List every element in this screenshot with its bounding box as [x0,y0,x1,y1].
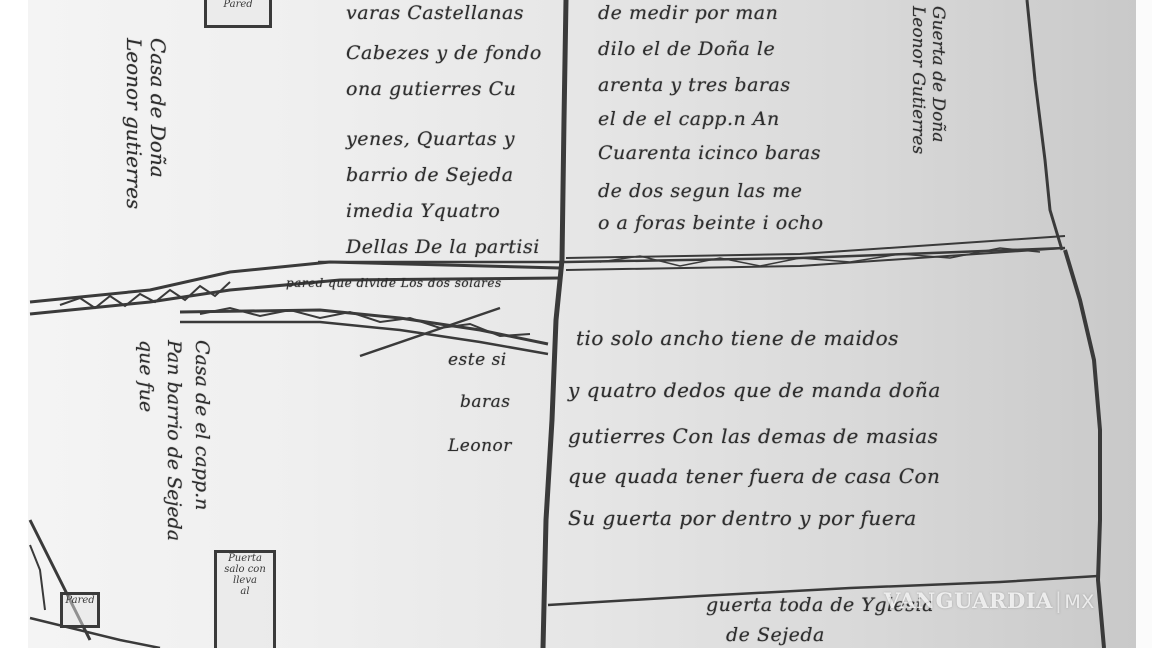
divider-wall-label: pared que divide Los dos solares [286,276,502,290]
middle-word-2: baras [460,392,511,412]
top-center-line-5: barrio de Sejeda [346,164,514,186]
lower-right-line-4: que quada tener fuera de casa Con [568,464,940,488]
vanguardia-watermark: VANGUARDIA|MX [884,588,1095,613]
door-box-line-4: al [217,586,273,597]
top-right-line-7: o a foras beinte i ocho [598,212,824,234]
watermark-suffix: MX [1064,591,1094,613]
top-center-line-1: varas Castellanas [346,2,524,24]
top-left-wall-box: Pared [204,0,272,28]
top-center-line-3: ona gutierres Cu [346,78,516,100]
middle-word-3: Leonor [448,436,512,456]
middle-word-1: este si [448,350,507,370]
label-casa-dona-leonor: Casa de Doña Leonor gutierres [122,38,170,209]
top-right-line-1: de medir por man [598,2,778,24]
label-line-2: Leonor gutierres [122,38,146,209]
top-center-line-6: imedia Yquatro [346,200,500,222]
lower-right-line-2: y quatro dedos que de manda doña [568,378,941,402]
top-right-line-6: de dos segun las me [598,180,802,202]
top-right-line-5: Cuarenta icinco baras [598,142,821,164]
label-guerta-dona-leonor: Guerta de Doña Leonor Gutierres [908,6,948,154]
top-left-box-text: Pared [223,0,252,10]
lower-right-line-3: gutierres Con las demas de masias [568,424,938,448]
map-lines [28,0,1136,648]
door-box: Puerta salo con lleva al [214,550,276,648]
top-center-line-2: Cabezes y de fondo [346,42,542,64]
label-line-1: Casa de Doña [146,38,170,209]
top-center-line-4: yenes, Quartas y [346,128,515,150]
label-line-2: Leonor Gutierres [908,6,928,154]
label-line-3: que fue [132,340,160,541]
lower-right-line-1: tio solo ancho tiene de maidos [576,326,899,350]
manuscript-page: Pared Casa de Doña Leonor gutierres vara… [28,0,1136,648]
door-box-line-1: Puerta [217,553,273,564]
door-box-line-3: lleva [217,575,273,586]
label-casa-capitan: Casa de el capp.n Pan barrio de Sejeda q… [132,340,216,541]
scan-left-margin [0,0,28,648]
top-right-line-2: dilo el de Doña le [598,38,775,60]
bottom-left-wall-box: Pared [60,592,100,628]
top-right-line-4: el de el capp.n An [598,108,780,130]
top-right-line-3: arenta y tres baras [598,74,791,96]
label-line-1: Guerta de Doña [928,6,948,154]
watermark-brand: VANGUARDIA [884,588,1053,613]
label-line-1: Casa de el capp.n [188,340,216,541]
bottom-left-box-text: Pared [65,595,94,606]
watermark-separator: | [1055,589,1063,613]
scan-right-margin [1136,0,1152,648]
top-center-line-7: Dellas De la partisi [346,236,540,258]
bottom-text-line-2: de Sejeda [726,624,825,646]
label-line-2: Pan barrio de Sejeda [160,340,188,541]
lower-right-line-5: Su guerta por dentro y por fuera [568,506,917,530]
door-box-line-2: salo con [217,564,273,575]
